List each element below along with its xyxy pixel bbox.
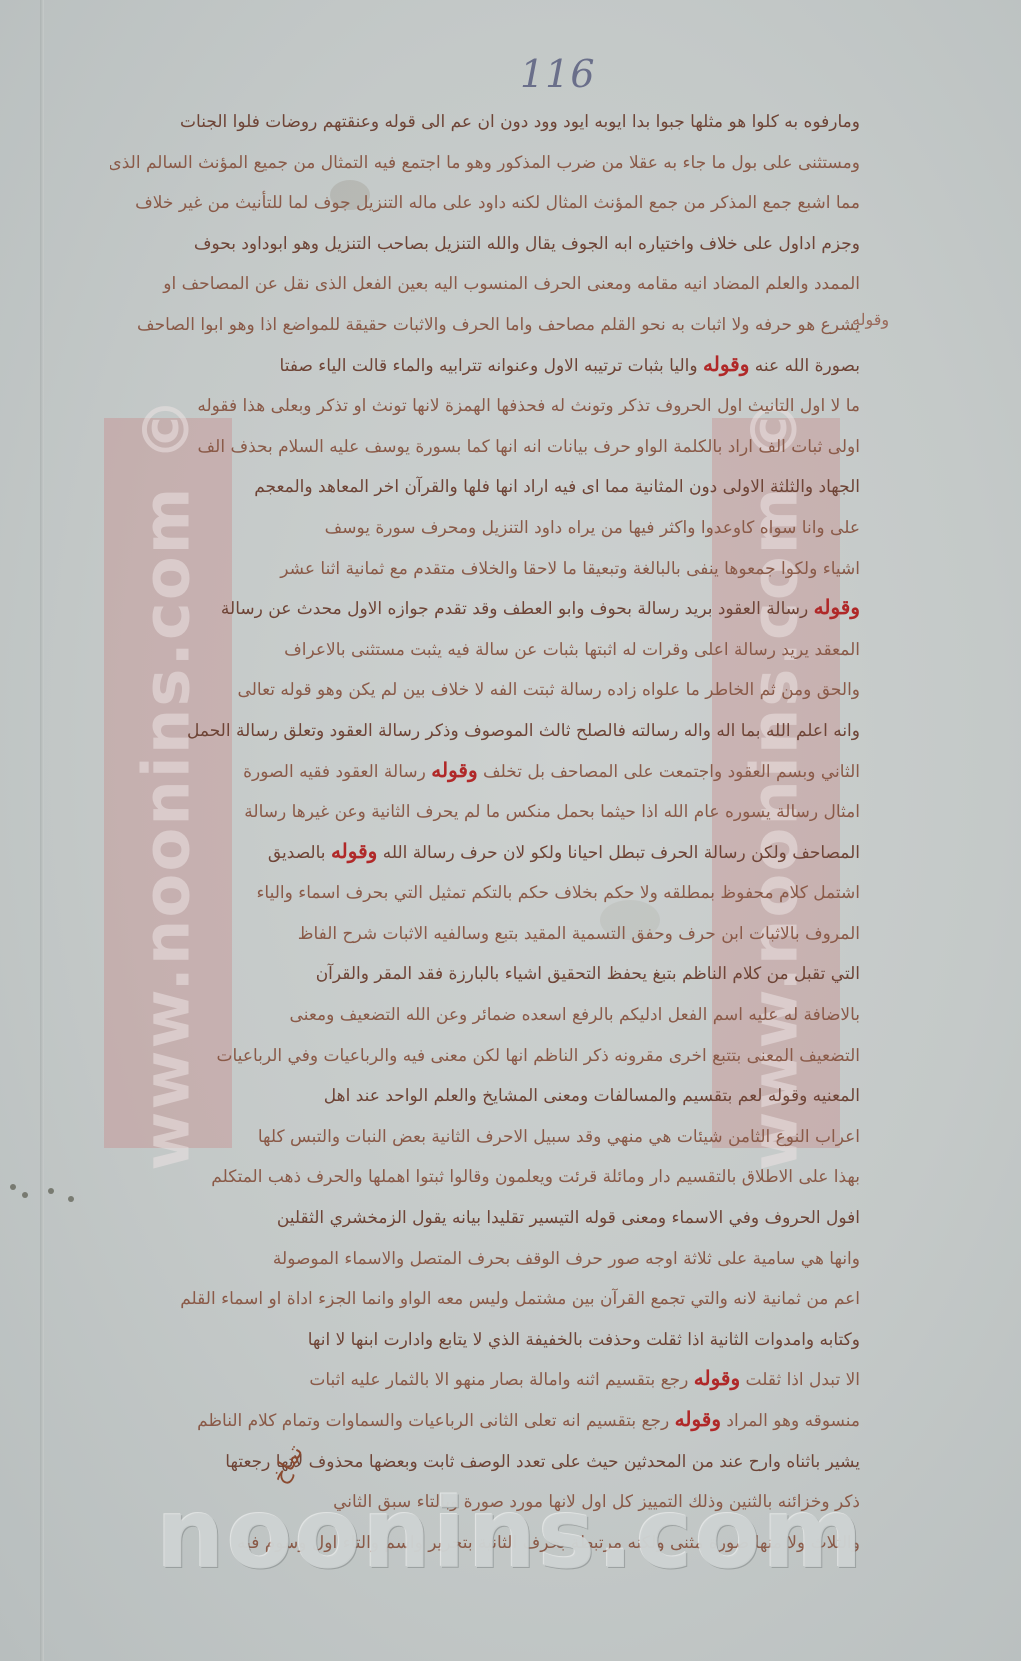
- manuscript-text-block: ومارفوه به كلوا هو مثلها جبوا بدا ايوبه …: [110, 100, 860, 1561]
- manuscript-line: يشير باثناه وارح عند من المحدثين حيث على…: [110, 1440, 860, 1481]
- rubric-word: وقوله: [694, 1366, 740, 1390]
- line-text: ومستثنى على بول ما جاء به عقلا من ضرب ال…: [110, 153, 860, 173]
- manuscript-line: المعنيه وقوله لعم بتقسيم والمسالفات ومعن…: [110, 1074, 860, 1115]
- manuscript-line: على وانا سواه كاوعدوا واكثر فيها من يراه…: [110, 506, 860, 547]
- manuscript-line: المعقد يريد رسالة اعلى وقرات له اثبتها ب…: [110, 628, 860, 669]
- line-text: افول الحروف وفي الاسماء ومعنى قوله التيس…: [277, 1208, 860, 1228]
- line-text: اعم من ثمانية لانه والتي تجمع القرآن بين…: [180, 1289, 860, 1309]
- line-text: امثال رسالة يسوره عام الله اذا حيثما بحم…: [244, 802, 860, 822]
- manuscript-line: يشرع هو حرفه ولا اثبات به نحو القلم مصاح…: [110, 303, 860, 344]
- line-text: رسالة العقود بريد رسالة بحوف وابو العطف …: [221, 599, 814, 619]
- manuscript-line: اعراب النوع الثامن شيئات هي منهي وقد سبي…: [110, 1115, 860, 1156]
- line-text: على وانا سواه كاوعدوا واكثر فيها من يراه…: [325, 518, 860, 538]
- line-text: المروف بالاثبات ابن حرف وحفق التسمية الم…: [298, 924, 860, 944]
- line-text: بهذا على الاطلاق بالتقسيم دار ومائلة قرئ…: [211, 1167, 860, 1187]
- line-text: الجهاد والثلثة الاولى دون المثانية مما ا…: [254, 477, 860, 497]
- manuscript-line: الممدد والعلم المضاد انيه مقامه ومعنى ال…: [110, 262, 860, 303]
- manuscript-line: وكتابه وامدوات الثانية اذا ثقلت وحذفت با…: [110, 1318, 860, 1359]
- manuscript-line: ومستثنى على بول ما جاء به عقلا من ضرب ال…: [110, 141, 860, 182]
- manuscript-line: التي تقبل من كلام الناظم بتبغ يحفظ التحق…: [110, 952, 860, 993]
- manuscript-line: بصورة الله عنه وقوله واليا بثبات ترتيبه …: [110, 344, 860, 385]
- line-text: اولى ثبات الف اراد بالكلمة الواو حرف بيا…: [198, 437, 860, 457]
- manuscript-line: اشياء ولكوا جمعوها ينفى بالبالغة وتبعيقا…: [110, 547, 860, 588]
- manuscript-line: المصاحف ولكن رسالة الحرف تبطل احيانا ولك…: [110, 831, 860, 872]
- line-text: منسوقه وهو المراد: [721, 1411, 860, 1431]
- line-text: الثاني وبسم العقود واجتمعت على المصاحف ب…: [478, 762, 860, 782]
- rubric-word: وقوله: [675, 1407, 721, 1431]
- line-text: والحق ومن ثم الخاطر ما علواه زاده رسالة …: [238, 680, 860, 700]
- line-text: اشتمل كلام محفوظ بمطلقه ولا حكم بخلاف حك…: [256, 883, 860, 903]
- manuscript-line: بالاضافة له عليه اسم الفعل ادليكم بالرفع…: [110, 993, 860, 1034]
- manuscript-line: بهذا على الاطلاق بالتقسيم دار ومائلة قرئ…: [110, 1155, 860, 1196]
- manuscript-line: وانها هي سامية على ثلاثة اوجه صور حرف ال…: [110, 1237, 860, 1278]
- line-text: ما لا اول التانيث اول الحروف تذكر وتونث …: [197, 396, 860, 416]
- line-text: وكتابه وامدوات الثانية اذا ثقلت وحذفت با…: [308, 1330, 860, 1350]
- line-text: اعراب النوع الثامن شيئات هي منهي وقد سبي…: [258, 1127, 860, 1147]
- line-text: التضعيف المعنى بتتبع اخرى مقرونه ذكر الن…: [217, 1046, 861, 1066]
- manuscript-line: اولى ثبات الف اراد بالكلمة الواو حرف بيا…: [110, 425, 860, 466]
- binding-fold: [40, 0, 44, 1661]
- line-text: بصورة الله عنه: [749, 356, 860, 376]
- line-text: يشرع هو حرفه ولا اثبات به نحو القلم مصاح…: [137, 315, 860, 335]
- manuscript-line: مما اشبع جمع المذكر من جمع المؤنث المثال…: [110, 181, 860, 222]
- line-text: مما اشبع جمع المذكر من جمع المؤنث المثال…: [135, 193, 860, 213]
- manuscript-page: 116 وقوله www.noonins.com © www.noonins.…: [0, 0, 1021, 1661]
- manuscript-line: وجزم اداول على خلاف واختياره ابه الجوف ي…: [110, 222, 860, 263]
- rubric-word: وقوله: [431, 758, 477, 782]
- rubric-word: وقوله: [703, 352, 749, 376]
- manuscript-line: منسوقه وهو المراد وقوله رجع بتقسيم انه ت…: [110, 1399, 860, 1440]
- line-text: المعقد يريد رسالة اعلى وقرات له اثبتها ب…: [284, 640, 860, 660]
- manuscript-line: الجهاد والثلثة الاولى دون المثانية مما ا…: [110, 465, 860, 506]
- rubric-word: وقوله: [814, 595, 860, 619]
- watermark-bottom: noonins.com: [0, 1478, 1021, 1590]
- manuscript-line: ما لا اول التانيث اول الحروف تذكر وتونث …: [110, 384, 860, 425]
- manuscript-line: ومارفوه به كلوا هو مثلها جبوا بدا ايوبه …: [110, 100, 860, 141]
- line-text: وانه اعلم الله بما اله واله رسالته فالصل…: [187, 721, 860, 741]
- edge-damage: [8, 1180, 108, 1210]
- line-text: الممدد والعلم المضاد انيه مقامه ومعنى ال…: [163, 274, 860, 294]
- manuscript-line: والحق ومن ثم الخاطر ما علواه زاده رسالة …: [110, 668, 860, 709]
- line-text: واليا بثبات ترتيبه الاول وعنوانه تترابيه…: [280, 356, 703, 376]
- line-text: يشير باثناه وارح عند من المحدثين حيث على…: [225, 1452, 860, 1472]
- line-text: اشياء ولكوا جمعوها ينفى بالبالغة وتبعيقا…: [280, 559, 860, 579]
- manuscript-line: امثال رسالة يسوره عام الله اذا حيثما بحم…: [110, 790, 860, 831]
- line-text: المعنيه وقوله لعم بتقسيم والمسالفات ومعن…: [324, 1086, 860, 1106]
- manuscript-line: وانه اعلم الله بما اله واله رسالته فالصل…: [110, 709, 860, 750]
- line-text: وانها هي سامية على ثلاثة اوجه صور حرف ال…: [273, 1249, 860, 1269]
- line-text: بالصديق: [268, 843, 331, 863]
- line-text: وجزم اداول على خلاف واختياره ابه الجوف ي…: [194, 234, 860, 254]
- manuscript-line: الثاني وبسم العقود واجتمعت على المصاحف ب…: [110, 750, 860, 791]
- folio-number: 116: [520, 52, 596, 96]
- manuscript-line: المروف بالاثبات ابن حرف وحفق التسمية الم…: [110, 912, 860, 953]
- manuscript-line: وقوله رسالة العقود بريد رسالة بحوف وابو …: [110, 587, 860, 628]
- line-text: التي تقبل من كلام الناظم بتبغ يحفظ التحق…: [316, 964, 860, 984]
- line-text: رسالة العقود فقيه الصورة: [243, 762, 431, 782]
- line-text: بالاضافة له عليه اسم الفعل ادليكم بالرفع…: [290, 1005, 860, 1025]
- line-text: المصاحف ولكن رسالة الحرف تبطل احيانا ولك…: [377, 843, 860, 863]
- line-text: ومارفوه به كلوا هو مثلها جبوا بدا ايوبه …: [180, 112, 860, 132]
- manuscript-line: الا تبدل اذا ثقلت وقوله رجع بتقسيم اثنه …: [110, 1358, 860, 1399]
- line-text: رجع بتقسيم اثنه وامالة بصار منهو الا بال…: [309, 1370, 693, 1390]
- line-text: رجع بتقسيم انه تعلى الثانى الرباعيات وال…: [197, 1411, 674, 1431]
- rubric-word: وقوله: [331, 839, 377, 863]
- manuscript-line: التضعيف المعنى بتتبع اخرى مقرونه ذكر الن…: [110, 1034, 860, 1075]
- manuscript-line: افول الحروف وفي الاسماء ومعنى قوله التيس…: [110, 1196, 860, 1237]
- manuscript-line: اشتمل كلام محفوظ بمطلقه ولا حكم بخلاف حك…: [110, 871, 860, 912]
- line-text: الا تبدل اذا ثقلت: [740, 1370, 860, 1390]
- manuscript-line: اعم من ثمانية لانه والتي تجمع القرآن بين…: [110, 1277, 860, 1318]
